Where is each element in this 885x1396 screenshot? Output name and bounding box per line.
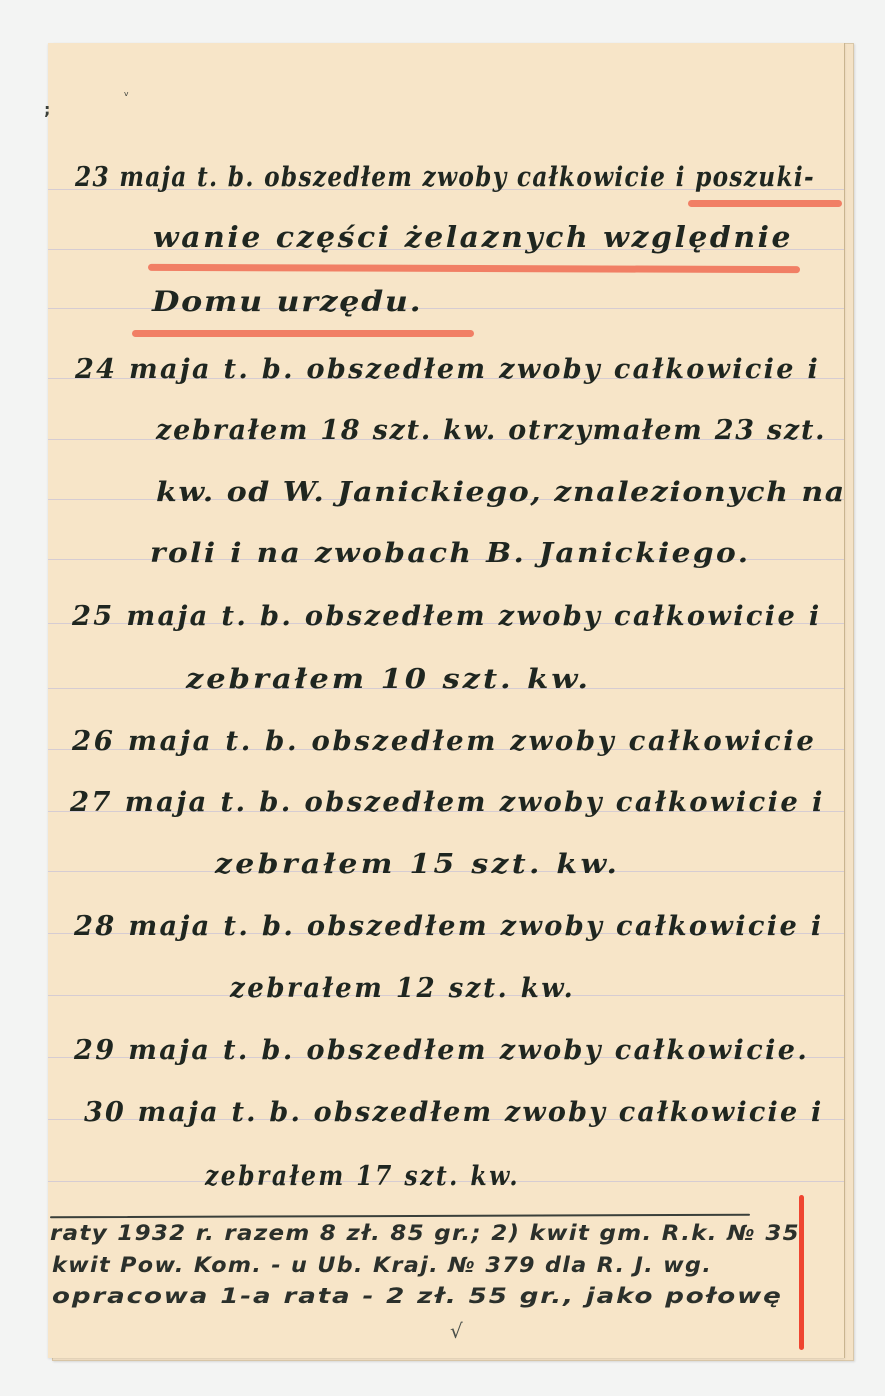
entry-27-line-1: 27 maja t. b. obszedłem zwoby całkowicie… (70, 789, 825, 816)
entry-24-line-1: 24 maja t. b. obszedłem zwoby całkowicie… (75, 356, 820, 383)
entry-30-line-1: 30 maja t. b. obszedłem zwoby całkowicie… (84, 1099, 823, 1126)
entry-28-line-1: 28 maja t. b. obszedłem zwoby całkowicie… (74, 913, 824, 940)
entry-24-line-3: kw. od W. Janickiego, znalezionych na (156, 479, 846, 506)
footer-note-line-3: opracowa 1-a rata - 2 zł. 55 gr., jako p… (52, 1286, 783, 1307)
entry-27-line-2: zebrałem 15 szt. kw. (215, 851, 620, 878)
stray-ink-mark: ᵥ (124, 85, 129, 99)
entry-26-line-1: 26 maja t. b. obszedłem zwoby całkowicie (72, 728, 817, 755)
document-page: ᵥ 23 maja t. b. obszedłem zwoby całkowic… (48, 43, 845, 1358)
entry-23-line-3: Domu urzędu. (152, 288, 422, 316)
entry-29-line-1: 29 maja t. b. obszedłem zwoby całkowicie… (74, 1037, 809, 1064)
entry-25-line-1: 25 maja t. b. obszedłem zwoby całkowicie… (72, 603, 822, 630)
entry-24-line-2: zebrałem 18 szt. kw. otrzymałem 23 szt. (156, 417, 826, 444)
footer-note-line-1: raty 1932 r. razem 8 zł. 85 gr.; 2) kwit… (50, 1223, 800, 1244)
entry-25-line-2: zebrałem 10 szt. kw. (186, 666, 591, 693)
entry-30-line-2: zebrałem 17 szt. kw. (205, 1163, 520, 1190)
footer-note-line-2: kwit Pow. Kom. - u Ub. Kraj. № 379 dla R… (52, 1255, 712, 1276)
footer-separator-line (50, 1214, 750, 1218)
entry-28-line-2: zebrałem 12 szt. kw. (230, 975, 575, 1002)
entry-23-line-2: wanie części żelaznych względnie (153, 223, 793, 252)
red-margin-mark (799, 1195, 804, 1350)
left-margin-ink-mark: ; (44, 100, 50, 119)
entry-23-line-1: 23 maja t. b. obszedłem zwoby całkowicie… (75, 164, 815, 191)
red-underline (688, 200, 842, 207)
red-underline (148, 264, 800, 273)
check-mark-icon: √ (450, 1319, 463, 1343)
entry-24-line-4: roli i na zwobach B. Janickiego. (150, 540, 750, 567)
red-underline (132, 330, 474, 337)
